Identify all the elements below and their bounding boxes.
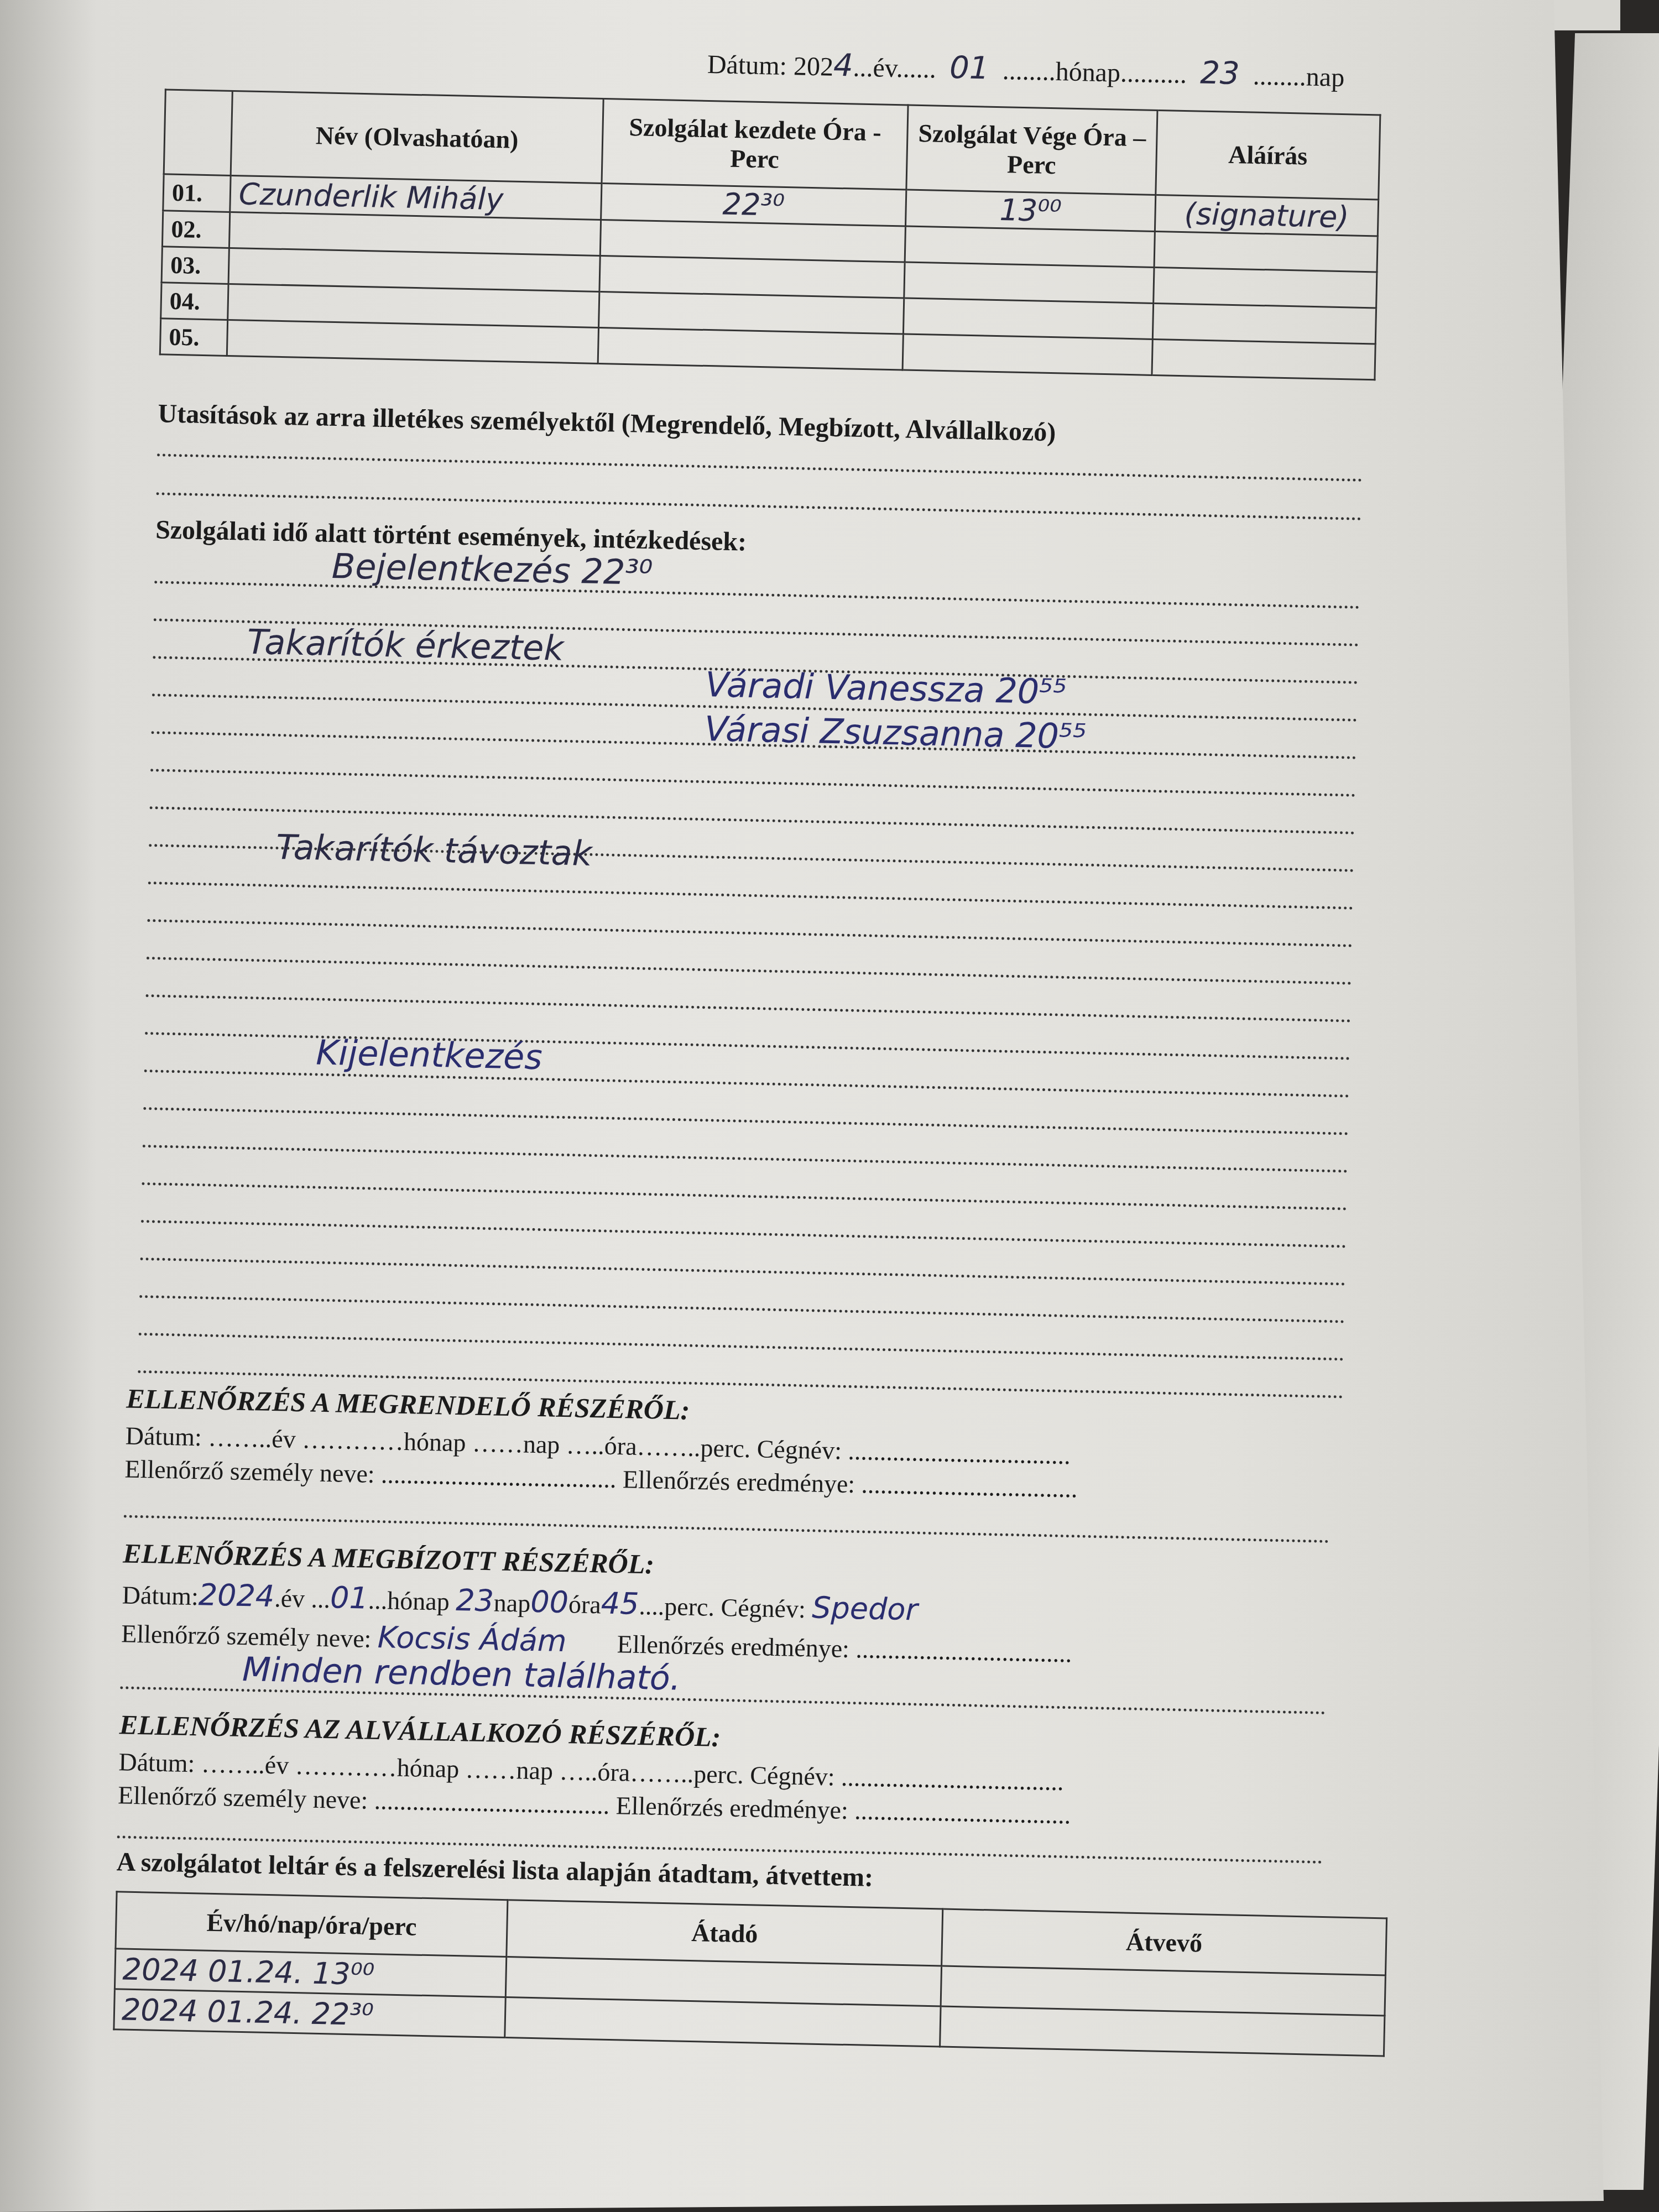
result-label: Ellenőrzés eredménye: ..................… xyxy=(617,1630,1072,1667)
signature-cell[interactable] xyxy=(1152,339,1375,379)
year-digit[interactable]: 4 xyxy=(833,48,853,84)
event-line[interactable] xyxy=(147,957,1352,985)
event-entry: Kijelentkezés xyxy=(316,1032,543,1078)
signature-cell[interactable] xyxy=(1154,267,1377,307)
shift-end[interactable] xyxy=(905,226,1155,267)
header-date: Dátum: 2024...év......01........hónap...… xyxy=(707,45,1345,94)
event-entry: Takarítók érkeztek xyxy=(247,622,564,669)
event-line[interactable] xyxy=(139,1333,1344,1361)
col-end: Szolgálat Vége Óra – Perc xyxy=(906,105,1157,195)
event-line[interactable] xyxy=(144,1070,1350,1098)
month-value[interactable]: 01 xyxy=(936,50,1003,87)
signature-cell[interactable] xyxy=(1152,303,1376,343)
check-agent-month[interactable]: 01 xyxy=(330,1580,369,1615)
handover-giver[interactable] xyxy=(505,1997,941,2047)
col-datetime: Év/hó/nap/óra/perc xyxy=(116,1892,508,1957)
event-entry: Takarítók távoztak xyxy=(275,827,592,874)
check-agent-title: ELLENŐRZÉS A MEGBÍZOTT RÉSZÉRŐL: xyxy=(123,1537,655,1580)
shift-start[interactable] xyxy=(599,255,905,298)
col-start: Szolgálat kezdete Óra - Perc xyxy=(602,99,908,190)
row-number: 02. xyxy=(162,211,229,248)
handover-table: Év/hó/nap/óra/perc Átadó Átvevő 2024 01.… xyxy=(113,1891,1387,2057)
page-content: Dátum: 2024...év......01........hónap...… xyxy=(155,33,1394,59)
event-line[interactable] xyxy=(150,769,1356,797)
month-label: ...hónap xyxy=(368,1586,450,1616)
shift-end[interactable] xyxy=(902,334,1152,375)
check-agent-company[interactable]: Spedor xyxy=(812,1590,919,1627)
handover-receiver[interactable] xyxy=(940,2006,1385,2056)
event-line[interactable] xyxy=(148,881,1354,910)
handover-datetime[interactable]: 2024 01.24. 22³⁰ xyxy=(114,1989,505,2038)
staff-name[interactable] xyxy=(227,320,598,363)
col-number xyxy=(164,90,232,176)
event-line[interactable] xyxy=(142,1182,1347,1211)
check-subcontractor-title: ELLENŐRZÉS AZ ALVÁLLALKOZÓ RÉSZÉRŐL: xyxy=(119,1708,721,1753)
back-page-corner xyxy=(1548,0,1620,30)
shift-start[interactable] xyxy=(598,327,903,370)
instructions-line-1[interactable] xyxy=(157,453,1363,482)
shift-end[interactable] xyxy=(903,298,1153,339)
col-atvevo: Átvevő xyxy=(942,1909,1387,1975)
col-signature: Aláírás xyxy=(1156,110,1380,199)
check-agent-result-line xyxy=(120,1686,1326,1714)
date-label: Dátum: xyxy=(122,1580,199,1610)
logbook-page: Dátum: 2024...év......01........hónap...… xyxy=(0,0,1604,2212)
instructions-title: Utasítások az arra illetékes személyektő… xyxy=(158,398,1056,447)
event-line[interactable] xyxy=(145,994,1351,1022)
date-label: Dátum: 202 xyxy=(707,50,833,82)
signature-cell[interactable] xyxy=(1154,231,1378,272)
check-agent-day[interactable]: 23 xyxy=(456,1583,494,1618)
shift-end[interactable]: 13⁰⁰ xyxy=(905,190,1155,231)
shift-start[interactable] xyxy=(599,291,904,334)
event-line[interactable] xyxy=(143,1145,1348,1173)
shift-start[interactable]: 22³⁰ xyxy=(601,183,906,226)
event-line[interactable] xyxy=(139,1295,1345,1323)
check-client-title: ELLENŐRZÉS A MEGRENDELŐ RÉSZÉRŐL: xyxy=(126,1382,690,1426)
instructions-line-2[interactable] xyxy=(156,492,1362,520)
person-label: Ellenőrző személy neve: xyxy=(121,1619,372,1652)
row-number: 04. xyxy=(161,283,228,320)
day-suffix: ........nap xyxy=(1253,61,1344,92)
row-number: 03. xyxy=(161,247,229,284)
minute-company-label: ....perc. Cégnév: xyxy=(639,1592,806,1623)
check-agent-minute[interactable]: 45 xyxy=(601,1586,639,1621)
shift-end[interactable] xyxy=(904,262,1154,303)
year-label: .év ... xyxy=(274,1584,331,1613)
check-client-result-line[interactable] xyxy=(124,1515,1329,1543)
row-number: 01. xyxy=(163,174,231,212)
day-value[interactable]: 23 xyxy=(1186,55,1253,92)
event-entry: Váradi Vanessza 20⁵⁵ xyxy=(705,664,1067,712)
check-agent-hour[interactable]: 00 xyxy=(530,1584,569,1620)
year-suffix: ...év...... xyxy=(853,53,936,84)
signature-cell[interactable]: (signature) xyxy=(1155,195,1378,236)
col-name: Név (Olvashatóan) xyxy=(231,91,603,183)
hour-label: óra xyxy=(568,1590,601,1619)
event-entry: Várasi Zsuzsanna 20⁵⁵ xyxy=(704,708,1087,757)
event-line[interactable] xyxy=(143,1107,1349,1135)
col-atado: Átadó xyxy=(507,1900,943,1966)
event-entry: Bejelentkezés 22³⁰ xyxy=(331,546,653,593)
event-line[interactable] xyxy=(147,919,1353,947)
month-suffix: ........hónap.......... xyxy=(1002,56,1187,89)
shift-start[interactable] xyxy=(600,220,905,262)
staff-table: Név (Olvashatóan) Szolgálat kezdete Óra … xyxy=(159,88,1381,380)
check-agent-person-name[interactable]: Kocsis Ádám xyxy=(377,1620,567,1658)
check-agent-year[interactable]: 2024 xyxy=(198,1577,275,1614)
event-line[interactable] xyxy=(140,1258,1346,1286)
handover-title: A szolgálatot leltár és a felszerelési l… xyxy=(116,1846,873,1893)
day-label: nap xyxy=(493,1588,530,1617)
row-number: 05. xyxy=(160,319,227,356)
event-line[interactable] xyxy=(141,1220,1347,1248)
